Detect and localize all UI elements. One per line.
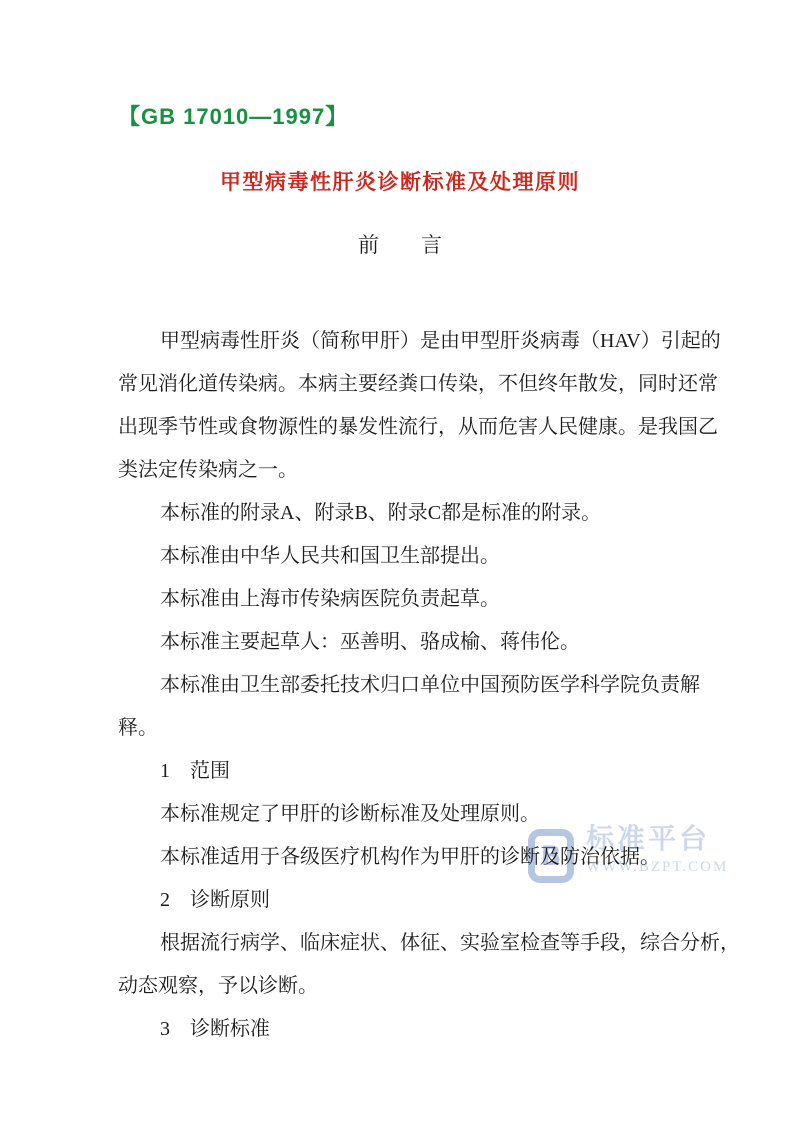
body-line: 本标准适用于各级医疗机构作为甲肝的诊断及防治依据。 <box>118 836 684 879</box>
body-line: 常见消化道传染病。本病主要经粪口传染，不但终年散发，同时还常 <box>118 363 684 406</box>
document-title: 甲型病毒性肝炎诊断标准及处理原则 <box>0 166 800 196</box>
foreword-heading: 前 言 <box>0 229 800 259</box>
section-heading-scope: 1 范围 <box>118 750 684 793</box>
body-line: 根据流行病学、临床症状、体征、实验室检查等手段，综合分析， <box>118 922 684 965</box>
body-line: 类法定传染病之一。 <box>118 449 684 492</box>
document-body: 甲型病毒性肝炎（简称甲肝）是由甲型肝炎病毒（HAV）引起的 常见消化道传染病。本… <box>118 320 684 1051</box>
body-line: 本标准由上海市传染病医院负责起草。 <box>118 578 684 621</box>
body-line: 本标准规定了甲肝的诊断标准及处理原则。 <box>118 793 684 836</box>
body-line: 本标准由中华人民共和国卫生部提出。 <box>118 535 684 578</box>
body-line: 本标准的附录A、附录B、附录C都是标准的附录。 <box>118 492 684 535</box>
section-heading-diagnostic-principles: 2 诊断原则 <box>118 879 684 922</box>
body-line: 释。 <box>118 707 684 750</box>
body-line: 动态观察，予以诊断。 <box>118 965 684 1008</box>
body-line: 本标准由卫生部委托技术归口单位中国预防医学科学院负责解 <box>118 664 684 707</box>
body-line: 甲型病毒性肝炎（简称甲肝）是由甲型肝炎病毒（HAV）引起的 <box>118 320 684 363</box>
standard-code: 【GB 17010—1997】 <box>118 100 348 131</box>
body-line: 本标准主要起草人：巫善明、骆成榆、蒋伟伦。 <box>118 621 684 664</box>
section-heading-diagnostic-criteria: 3 诊断标准 <box>118 1008 684 1051</box>
document-page: 【GB 17010—1997】 甲型病毒性肝炎诊断标准及处理原则 前 言 B 标… <box>0 0 800 1131</box>
body-line: 出现季节性或食物源性的暴发性流行，从而危害人民健康。是我国乙 <box>118 406 684 449</box>
